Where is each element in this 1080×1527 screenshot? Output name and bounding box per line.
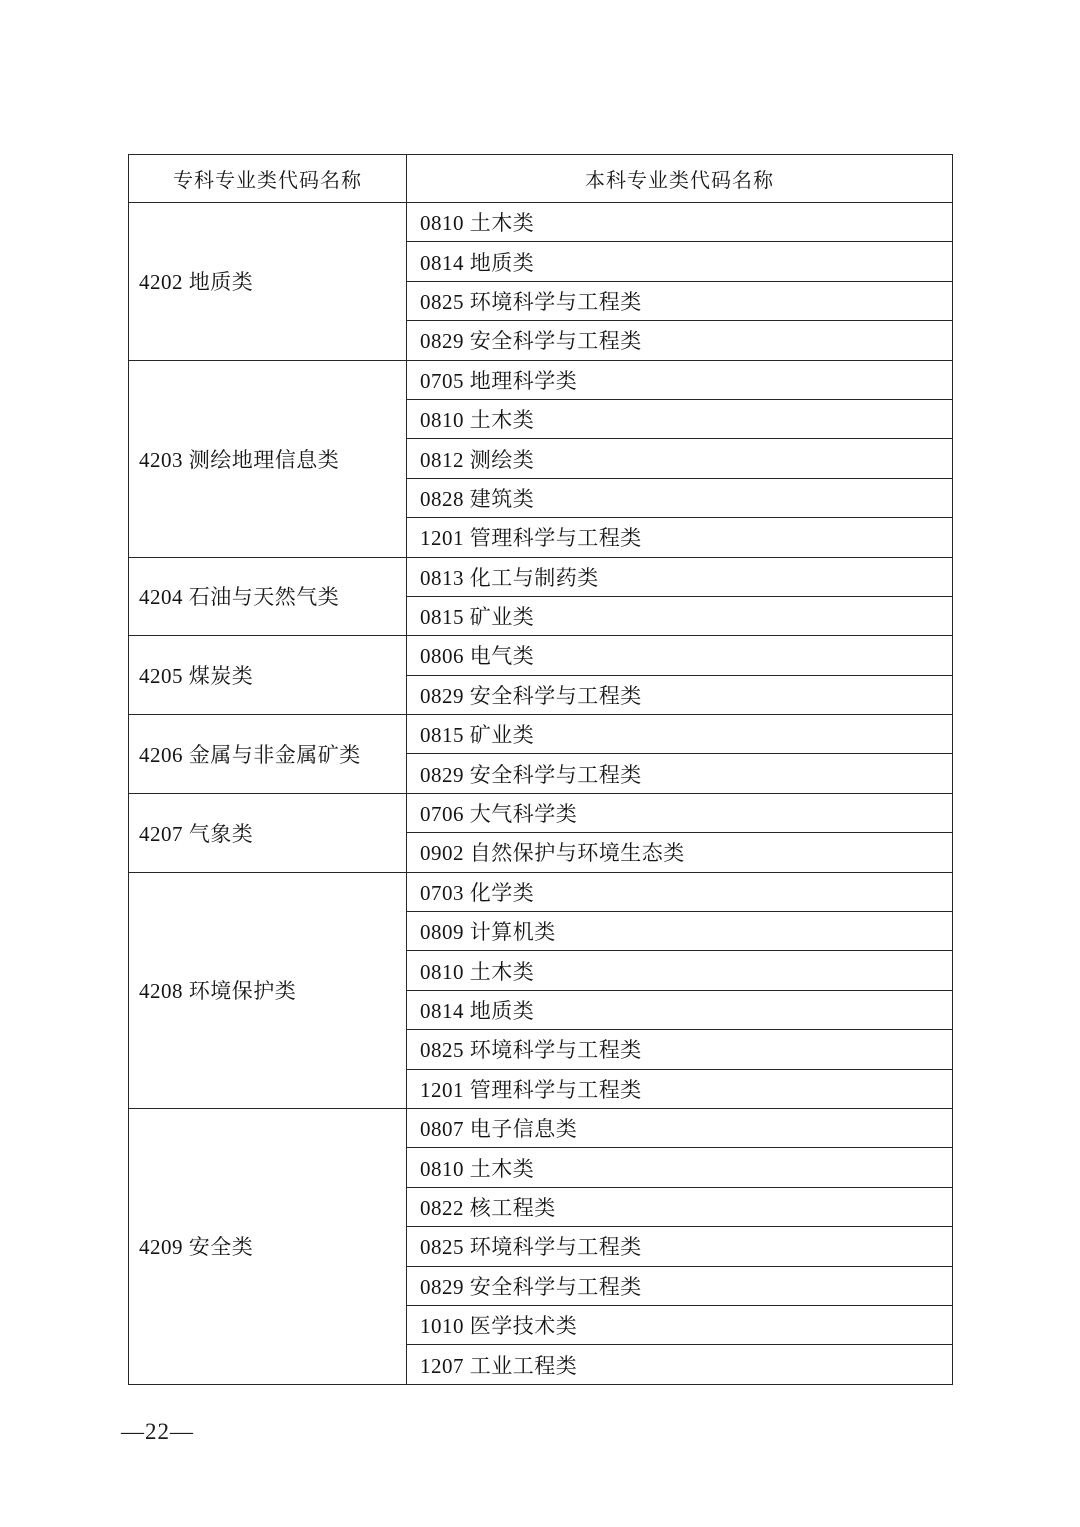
undergraduate-category-cell: 0703 化学类 bbox=[407, 872, 953, 911]
specialty-category-cell: 4203 测绘地理信息类 bbox=[129, 360, 407, 557]
specialty-category-cell: 4208 环境保护类 bbox=[129, 872, 407, 1108]
undergraduate-category-cell: 0814 地质类 bbox=[407, 990, 953, 1029]
undergraduate-category-cell: 0829 安全科学与工程类 bbox=[407, 321, 953, 360]
specialty-mapping-table: 专科专业类代码名称 本科专业类代码名称 4202 地质类0810 土木类0814… bbox=[128, 154, 953, 1385]
table-row: 4207 气象类0706 大气科学类 bbox=[129, 793, 953, 832]
specialty-category-cell: 4205 煤炭类 bbox=[129, 636, 407, 715]
table-header-row: 专科专业类代码名称 本科专业类代码名称 bbox=[129, 155, 953, 203]
undergraduate-category-cell: 0810 土木类 bbox=[407, 399, 953, 438]
undergraduate-category-cell: 0810 土木类 bbox=[407, 1148, 953, 1187]
undergraduate-category-cell: 0814 地质类 bbox=[407, 242, 953, 281]
table-row: 4204 石油与天然气类0813 化工与制药类 bbox=[129, 557, 953, 596]
specialty-category-cell: 4209 安全类 bbox=[129, 1108, 407, 1384]
undergraduate-category-cell: 0825 环境科学与工程类 bbox=[407, 281, 953, 320]
table-row: 4209 安全类0807 电子信息类 bbox=[129, 1108, 953, 1147]
undergraduate-category-cell: 0815 矿业类 bbox=[407, 715, 953, 754]
page-number: —22— bbox=[121, 1419, 194, 1445]
undergraduate-category-cell: 0813 化工与制药类 bbox=[407, 557, 953, 596]
undergraduate-category-cell: 0829 安全科学与工程类 bbox=[407, 1266, 953, 1305]
undergraduate-category-cell: 0815 矿业类 bbox=[407, 596, 953, 635]
table-row: 4205 煤炭类0806 电气类 bbox=[129, 636, 953, 675]
undergraduate-category-cell: 0829 安全科学与工程类 bbox=[407, 754, 953, 793]
undergraduate-category-cell: 1201 管理科学与工程类 bbox=[407, 518, 953, 557]
document-page: 专科专业类代码名称 本科专业类代码名称 4202 地质类0810 土木类0814… bbox=[0, 0, 1080, 1527]
undergraduate-category-cell: 0825 环境科学与工程类 bbox=[407, 1030, 953, 1069]
undergraduate-category-cell: 0706 大气科学类 bbox=[407, 793, 953, 832]
specialty-category-cell: 4206 金属与非金属矿类 bbox=[129, 715, 407, 794]
undergraduate-category-cell: 0810 土木类 bbox=[407, 951, 953, 990]
undergraduate-category-cell: 0812 测绘类 bbox=[407, 439, 953, 478]
undergraduate-category-cell: 0806 电气类 bbox=[407, 636, 953, 675]
mapping-table-body: 4202 地质类0810 土木类0814 地质类0825 环境科学与工程类082… bbox=[129, 203, 953, 1385]
specialty-category-cell: 4207 气象类 bbox=[129, 793, 407, 872]
table-row: 4203 测绘地理信息类0705 地理科学类 bbox=[129, 360, 953, 399]
specialty-category-cell: 4202 地质类 bbox=[129, 203, 407, 361]
table-row: 4202 地质类0810 土木类 bbox=[129, 203, 953, 242]
undergraduate-category-cell: 1207 工业工程类 bbox=[407, 1345, 953, 1384]
specialty-category-cell: 4204 石油与天然气类 bbox=[129, 557, 407, 636]
undergraduate-column-header: 本科专业类代码名称 bbox=[407, 155, 953, 203]
undergraduate-category-cell: 0829 安全科学与工程类 bbox=[407, 675, 953, 714]
undergraduate-category-cell: 0825 环境科学与工程类 bbox=[407, 1227, 953, 1266]
undergraduate-category-cell: 0822 核工程类 bbox=[407, 1187, 953, 1226]
undergraduate-category-cell: 0809 计算机类 bbox=[407, 912, 953, 951]
undergraduate-category-cell: 0810 土木类 bbox=[407, 203, 953, 242]
undergraduate-category-cell: 0705 地理科学类 bbox=[407, 360, 953, 399]
table-row: 4206 金属与非金属矿类0815 矿业类 bbox=[129, 715, 953, 754]
table-row: 4208 环境保护类0703 化学类 bbox=[129, 872, 953, 911]
undergraduate-category-cell: 1201 管理科学与工程类 bbox=[407, 1069, 953, 1108]
undergraduate-category-cell: 1010 医学技术类 bbox=[407, 1305, 953, 1344]
undergraduate-category-cell: 0807 电子信息类 bbox=[407, 1108, 953, 1147]
undergraduate-category-cell: 0828 建筑类 bbox=[407, 478, 953, 517]
undergraduate-category-cell: 0902 自然保护与环境生态类 bbox=[407, 833, 953, 872]
specialty-column-header: 专科专业类代码名称 bbox=[129, 155, 407, 203]
